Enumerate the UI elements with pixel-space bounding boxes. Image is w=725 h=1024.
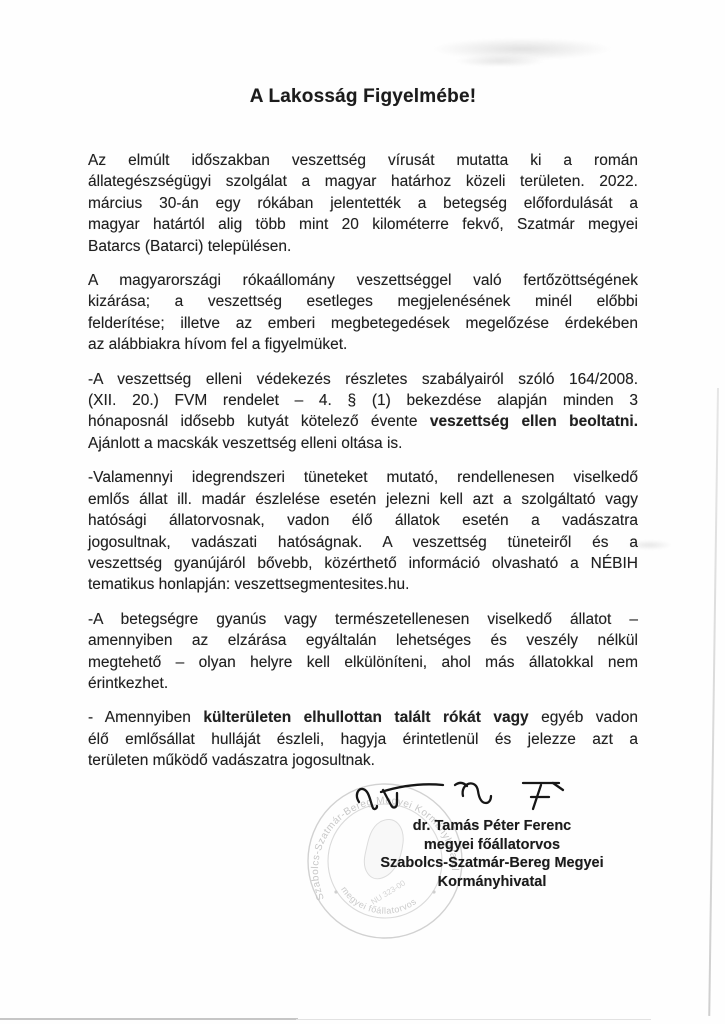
document-body: Az elmúlt időszakban veszettség vírusát … [88, 150, 638, 785]
text-segment: az alábbiakra hívom fel a figyelmüket. [88, 336, 347, 353]
text-segment: Ajánlott a macskák veszettség elleni olt… [88, 435, 402, 452]
text-line: emlős állat ill. madár észlelése esetén … [88, 489, 638, 510]
paragraph: -A betegségre gyanús vagy természetellen… [88, 609, 638, 695]
text-line: Batarcs (Batarci) településen. [88, 236, 638, 257]
paragraph: Az elmúlt időszakban veszettség vírusát … [88, 150, 638, 257]
text-segment: kizárása; a veszettség esetleges megjele… [88, 293, 638, 310]
text-line: hónaposnál idősebb kutyát kötelező évent… [88, 411, 638, 432]
text-line: (XII. 20.) FVM rendelet – 4. § (1) bekez… [88, 390, 638, 411]
text-segment: amennyiben az elzárása egyáltalán lehets… [88, 632, 638, 649]
text-line: veszettség gyanújáról bővebb, közérthető… [88, 553, 638, 574]
signature-block: dr. Tamás Péter Ferenc megyei főállatorv… [358, 817, 626, 891]
stamp-separator-dot [334, 890, 337, 893]
text-segment: -A betegségre gyanús vagy természetellen… [88, 611, 638, 628]
paragraph: -Valamennyi idegrendszeri tüneteket muta… [88, 467, 638, 595]
document-title: A Lakosság Figyelmébe! [88, 86, 638, 108]
text-segment: érintkezhet. [88, 675, 168, 692]
text-segment: emlős állat ill. madár észlelése esetén … [88, 491, 638, 508]
text-line: A magyarországi rókaállomány veszettségg… [88, 270, 638, 291]
text-segment: hatósági állatorvosnak, vadon élő állato… [88, 512, 638, 529]
text-line: érintkezhet. [88, 673, 638, 694]
text-segment: jogosultnak, vadászati hatóságnak. A ves… [88, 534, 638, 551]
bold-text-segment: külterületen elhullottan talált rókát va… [203, 709, 528, 726]
text-line: Az elmúlt időszakban veszettség vírusát … [88, 150, 638, 171]
text-segment: -A veszettség elleni védekezés részletes… [88, 371, 638, 388]
paragraph: A magyarországi rókaállomány veszettségg… [88, 270, 638, 356]
text-line: élő emlősállat hulláját észleli, hagyja … [88, 729, 638, 750]
bold-text-segment: veszettség ellen beoltatni. [430, 413, 638, 430]
signatory-name: dr. Tamás Péter Ferenc [358, 817, 626, 836]
text-line: Ajánlott a macskák veszettség elleni olt… [88, 433, 638, 454]
text-segment: tematikus honlapján: veszettsegmentesite… [88, 576, 409, 593]
text-line: magyar határtól alig több mint 20 kilomé… [88, 214, 638, 235]
text-segment: Az elmúlt időszakban veszettség vírusát … [88, 152, 638, 169]
text-line: tematikus honlapján: veszettsegmentesite… [88, 574, 638, 595]
text-segment: élő emlősállat hulláját észleli, hagyja … [88, 731, 638, 748]
text-line: - Amennyiben külterületen elhullottan ta… [88, 707, 638, 728]
scan-artifact-line-bottom [0, 1018, 298, 1020]
text-line: amennyiben az elzárása egyáltalán lehets… [88, 630, 638, 651]
text-line: -A betegségre gyanús vagy természetellen… [88, 609, 638, 630]
signature-strokes [357, 783, 563, 809]
text-segment: felderítése; illetve az emberi megbetege… [88, 315, 638, 332]
signatory-office-line1: Szabolcs-Szatmár-Bereg Megyei [358, 854, 626, 873]
paragraph: - Amennyiben külterületen elhullottan ta… [88, 707, 638, 771]
signatory-role: megyei főállatorvos [358, 836, 626, 855]
scan-smudge [455, 55, 545, 67]
scan-artifact-line-bottom-faint [296, 1019, 651, 1020]
text-line: felderítése; illetve az emberi megbetege… [88, 313, 638, 334]
text-line: kizárása; a veszettség esetleges megjele… [88, 291, 638, 312]
text-segment: Batarcs (Batarci) településen. [88, 238, 291, 255]
text-segment: - Amennyiben [88, 709, 203, 726]
text-line: -A veszettség elleni védekezés részletes… [88, 369, 638, 390]
text-segment: március 30-án egy rókában jelentették a … [88, 195, 638, 212]
signatory-office-line2: Kormányhivatal [358, 873, 626, 892]
text-segment: (XII. 20.) FVM rendelet – 4. § (1) bekez… [88, 392, 638, 409]
text-line: -Valamennyi idegrendszeri tüneteket muta… [88, 467, 638, 488]
text-segment: megtehető – olyan helyre kell elkülöníte… [88, 654, 638, 671]
text-line: az alábbiakra hívom fel a figyelmüket. [88, 334, 638, 355]
text-segment: A magyarországi rókaállomány veszettségg… [88, 272, 638, 289]
handwritten-signature [345, 770, 585, 822]
text-line: területen működő vadászatra jogosultnak. [88, 750, 638, 771]
text-segment: állategészségügyi szolgálat a magyar hat… [88, 173, 638, 190]
text-line: megtehető – olyan helyre kell elkülöníte… [88, 652, 638, 673]
text-segment: területen működő vadászatra jogosultnak. [88, 752, 375, 769]
text-segment: egyéb vadon [529, 709, 638, 726]
text-segment: -Valamennyi idegrendszeri tüneteket muta… [88, 469, 638, 486]
text-line: hatósági állatorvosnak, vadon élő állato… [88, 510, 638, 531]
text-segment: veszettség gyanújáról bővebb, közérthető… [88, 555, 638, 572]
text-segment: magyar határtól alig több mint 20 kilomé… [88, 216, 638, 233]
scan-smudge [432, 38, 612, 60]
text-line: állategészségügyi szolgálat a magyar hat… [88, 171, 638, 192]
text-line: jogosultnak, vadászati hatóságnak. A ves… [88, 532, 638, 553]
paragraph: -A veszettség elleni védekezés részletes… [88, 369, 638, 455]
document-page: A Lakosság Figyelmébe! Az elmúlt időszak… [0, 0, 725, 1024]
text-line: március 30-án egy rókában jelentették a … [88, 193, 638, 214]
scan-artifact-line-right [708, 388, 719, 1016]
text-segment: hónaposnál idősebb kutyát kötelező évent… [88, 413, 430, 430]
